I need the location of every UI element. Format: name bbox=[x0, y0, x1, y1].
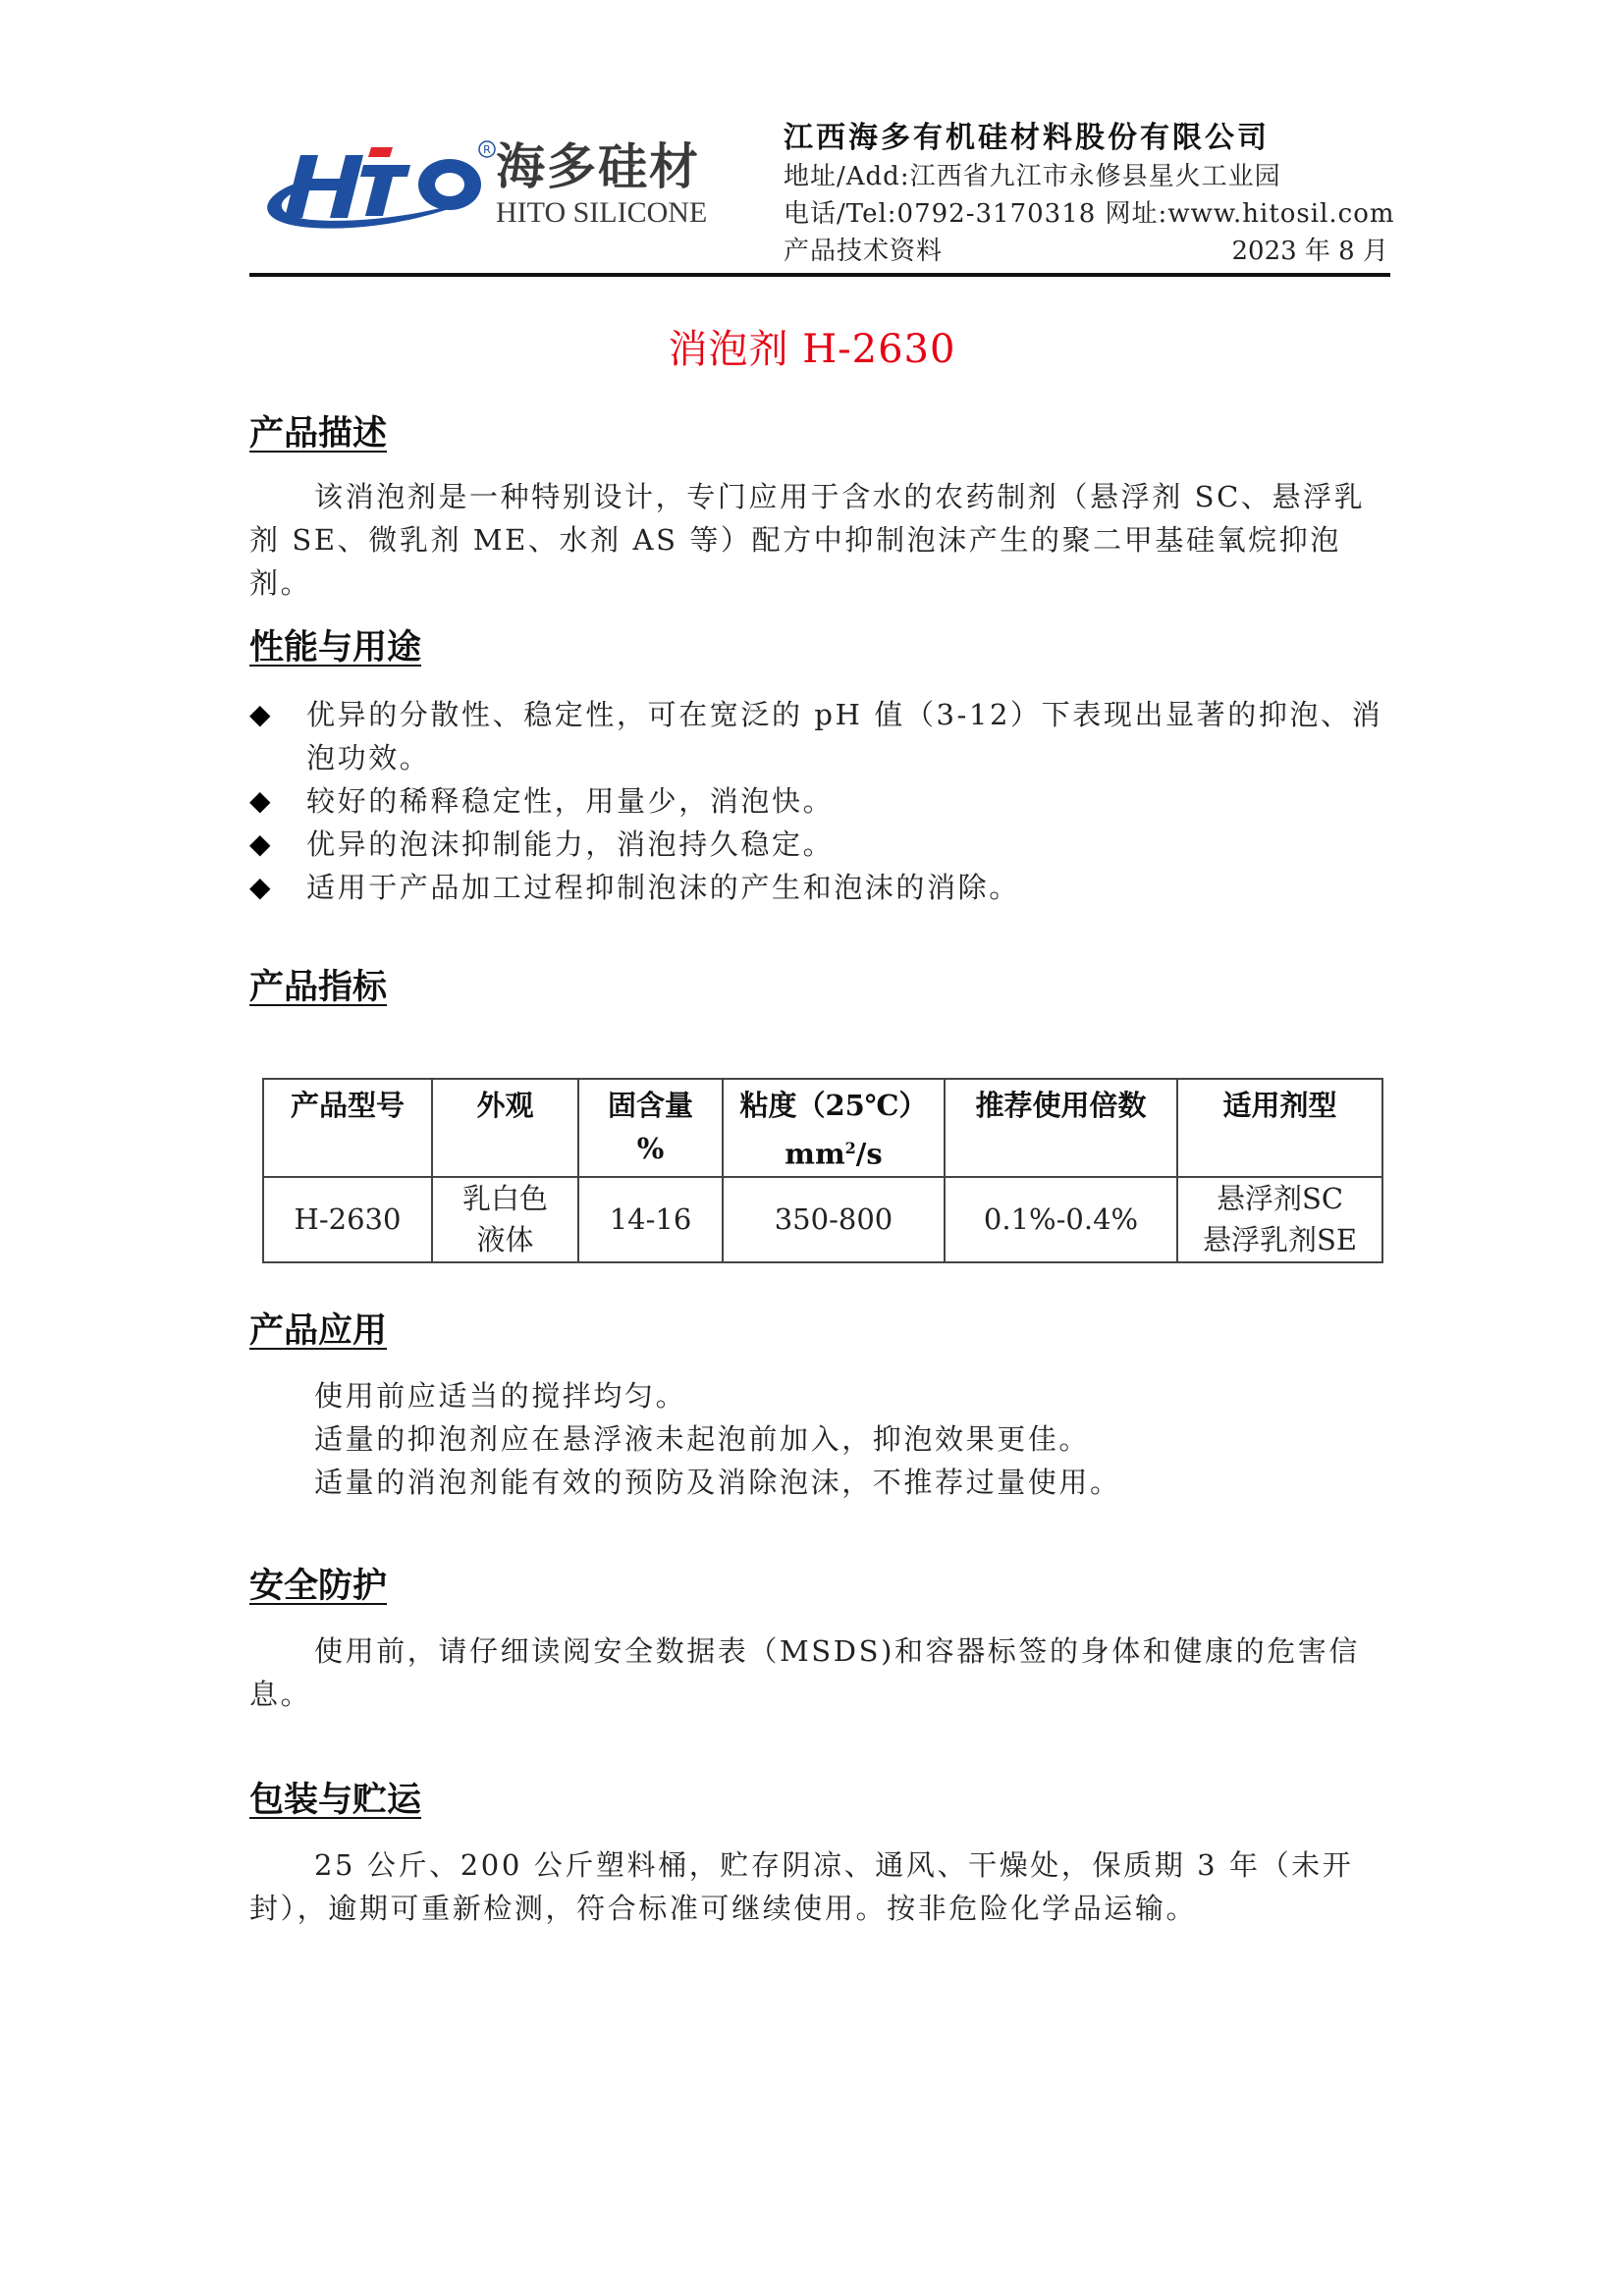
spec-table: 产品型号 外观 固含量% 粘度（25℃）mm2/s 推荐使用倍数 适用剂型 H-… bbox=[262, 1078, 1383, 1263]
page-title: 消泡剂 H-2630 bbox=[0, 324, 1624, 375]
logo-name-en: HITO SILICONE bbox=[496, 196, 707, 230]
description-text: 该消泡剂是一种特别设计，专门应用于含水的农药制剂（悬浮剂 SC、悬浮乳剂 SE、… bbox=[249, 475, 1390, 605]
doc-type: 产品技术资料 bbox=[784, 234, 943, 269]
list-item: ◆优异的分散性、稳定性，可在宽泛的 pH 值（3-12）下表现出显著的抑泡、消泡… bbox=[249, 693, 1390, 779]
col-header-dosage: 推荐使用倍数 bbox=[945, 1079, 1177, 1177]
cell-model: H-2630 bbox=[263, 1177, 432, 1262]
application-line: 适量的消泡剂能有效的预防及消除泡沫，不推荐过量使用。 bbox=[314, 1461, 1390, 1504]
cell-dosage: 0.1%-0.4% bbox=[945, 1177, 1177, 1262]
diamond-bullet-icon: ◆ bbox=[249, 693, 273, 736]
list-item: ◆较好的稀释稳定性，用量少，消泡快。 bbox=[249, 779, 1390, 823]
cell-formulation: 悬浮剂SC悬浮乳剂SE bbox=[1177, 1177, 1382, 1262]
cell-viscosity: 350-800 bbox=[723, 1177, 945, 1262]
table-row: H-2630 乳白色液体 14-16 350-800 0.1%-0.4% 悬浮剂… bbox=[263, 1177, 1382, 1262]
packaging-text: 25 公斤、200 公斤塑料桶，贮存阴凉、通风、干燥处，保质期 3 年（未开封）… bbox=[249, 1843, 1390, 1930]
doc-date: 2023 年 8 月 bbox=[1231, 234, 1388, 269]
cell-appearance: 乳白色液体 bbox=[432, 1177, 578, 1262]
company-name: 江西海多有机硅材料股份有限公司 bbox=[784, 120, 1270, 157]
col-header-solid-content: 固含量% bbox=[578, 1079, 723, 1177]
company-address: 地址/Add:江西省九江市永修县星火工业园 bbox=[784, 159, 1281, 194]
features-list: ◆优异的分散性、稳定性，可在宽泛的 pH 值（3-12）下表现出显著的抑泡、消泡… bbox=[249, 693, 1390, 909]
application-lines: 使用前应适当的搅拌均匀。 适量的抑泡剂应在悬浮液未起泡前加入，抑泡效果更佳。 适… bbox=[249, 1374, 1390, 1504]
diamond-bullet-icon: ◆ bbox=[249, 866, 273, 909]
logo-name-cn: 海多硅材 bbox=[496, 137, 700, 196]
header-divider bbox=[249, 273, 1390, 277]
section-heading-safety: 安全防护 bbox=[249, 1565, 387, 1608]
col-header-appearance: 外观 bbox=[432, 1079, 578, 1177]
company-contact: 电话/Tel:0792-3170318 网址:www.hitosil.com bbox=[784, 196, 1395, 232]
section-heading-specs: 产品指标 bbox=[249, 966, 387, 1009]
section-heading-features: 性能与用途 bbox=[249, 626, 421, 669]
svg-text:R: R bbox=[483, 143, 491, 156]
diamond-bullet-icon: ◆ bbox=[249, 823, 273, 866]
section-heading-packaging: 包装与贮运 bbox=[249, 1779, 421, 1822]
application-line: 适量的抑泡剂应在悬浮液未起泡前加入，抑泡效果更佳。 bbox=[314, 1417, 1390, 1461]
list-item: ◆适用于产品加工过程抑制泡沫的产生和泡沫的消除。 bbox=[249, 866, 1390, 909]
table-header-row: 产品型号 外观 固含量% 粘度（25℃）mm2/s 推荐使用倍数 适用剂型 bbox=[263, 1079, 1382, 1177]
list-item: ◆优异的泡沫抑制能力，消泡持久稳定。 bbox=[249, 823, 1390, 866]
application-line: 使用前应适当的搅拌均匀。 bbox=[314, 1374, 1390, 1417]
hito-logo-icon: R bbox=[253, 137, 499, 236]
cell-solid-content: 14-16 bbox=[578, 1177, 723, 1262]
col-header-model: 产品型号 bbox=[263, 1079, 432, 1177]
section-heading-description: 产品描述 bbox=[249, 412, 387, 455]
section-heading-application: 产品应用 bbox=[249, 1309, 387, 1353]
col-header-viscosity: 粘度（25℃）mm2/s bbox=[723, 1079, 945, 1177]
safety-text: 使用前，请仔细读阅安全数据表（MSDS)和容器标签的身体和健康的危害信息。 bbox=[249, 1629, 1390, 1716]
diamond-bullet-icon: ◆ bbox=[249, 779, 273, 823]
col-header-formulation: 适用剂型 bbox=[1177, 1079, 1382, 1177]
